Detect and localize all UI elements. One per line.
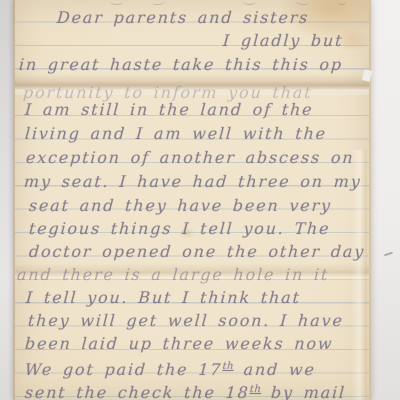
letter-line: in great haste take this this op bbox=[18, 56, 343, 74]
letter-line: I am still in the land of the bbox=[24, 101, 314, 119]
letter-line: doctor opened one the other day bbox=[28, 243, 365, 261]
scan-background-left-strip bbox=[0, 0, 13, 400]
ordinal-suffix: th bbox=[222, 361, 234, 372]
letter-line: tegious things I tell you. The bbox=[28, 220, 331, 238]
stray-pencil-mark bbox=[384, 252, 393, 257]
letter-line: I gladly but bbox=[222, 32, 344, 50]
letter-line-check-date: sent the check the 18th by mail bbox=[24, 381, 346, 400]
letter-line: seat and they have been very bbox=[28, 197, 332, 215]
check-line-text: sent the check the 18 bbox=[24, 383, 250, 400]
salutation-line: Dear parents and sisters bbox=[56, 9, 309, 27]
scanned-letter-photo: Dear parents and sisters I gladly but in… bbox=[0, 0, 400, 400]
letter-paper: Dear parents and sisters I gladly but in… bbox=[13, 0, 371, 400]
letter-line: I tell you. But I think that bbox=[25, 289, 301, 307]
check-line-text: by mail bbox=[260, 383, 346, 400]
letter-line: they will get well soon. I have bbox=[27, 312, 344, 330]
letter-line: my seat. I have had three on my bbox=[23, 173, 362, 191]
letter-line-paid-date: We got paid the 17th and we bbox=[24, 358, 316, 379]
paid-line-text: and we bbox=[233, 360, 316, 379]
letter-line: exception of another abscess on bbox=[25, 149, 355, 167]
paper-edge-notch bbox=[362, 69, 372, 82]
paid-line-text: We got paid the 17 bbox=[24, 360, 223, 379]
letter-line: living and I am well with the bbox=[24, 125, 327, 143]
letter-line: been laid up three weeks now bbox=[24, 335, 334, 353]
letter-line-faint: and there is a large hole in it bbox=[16, 266, 329, 284]
